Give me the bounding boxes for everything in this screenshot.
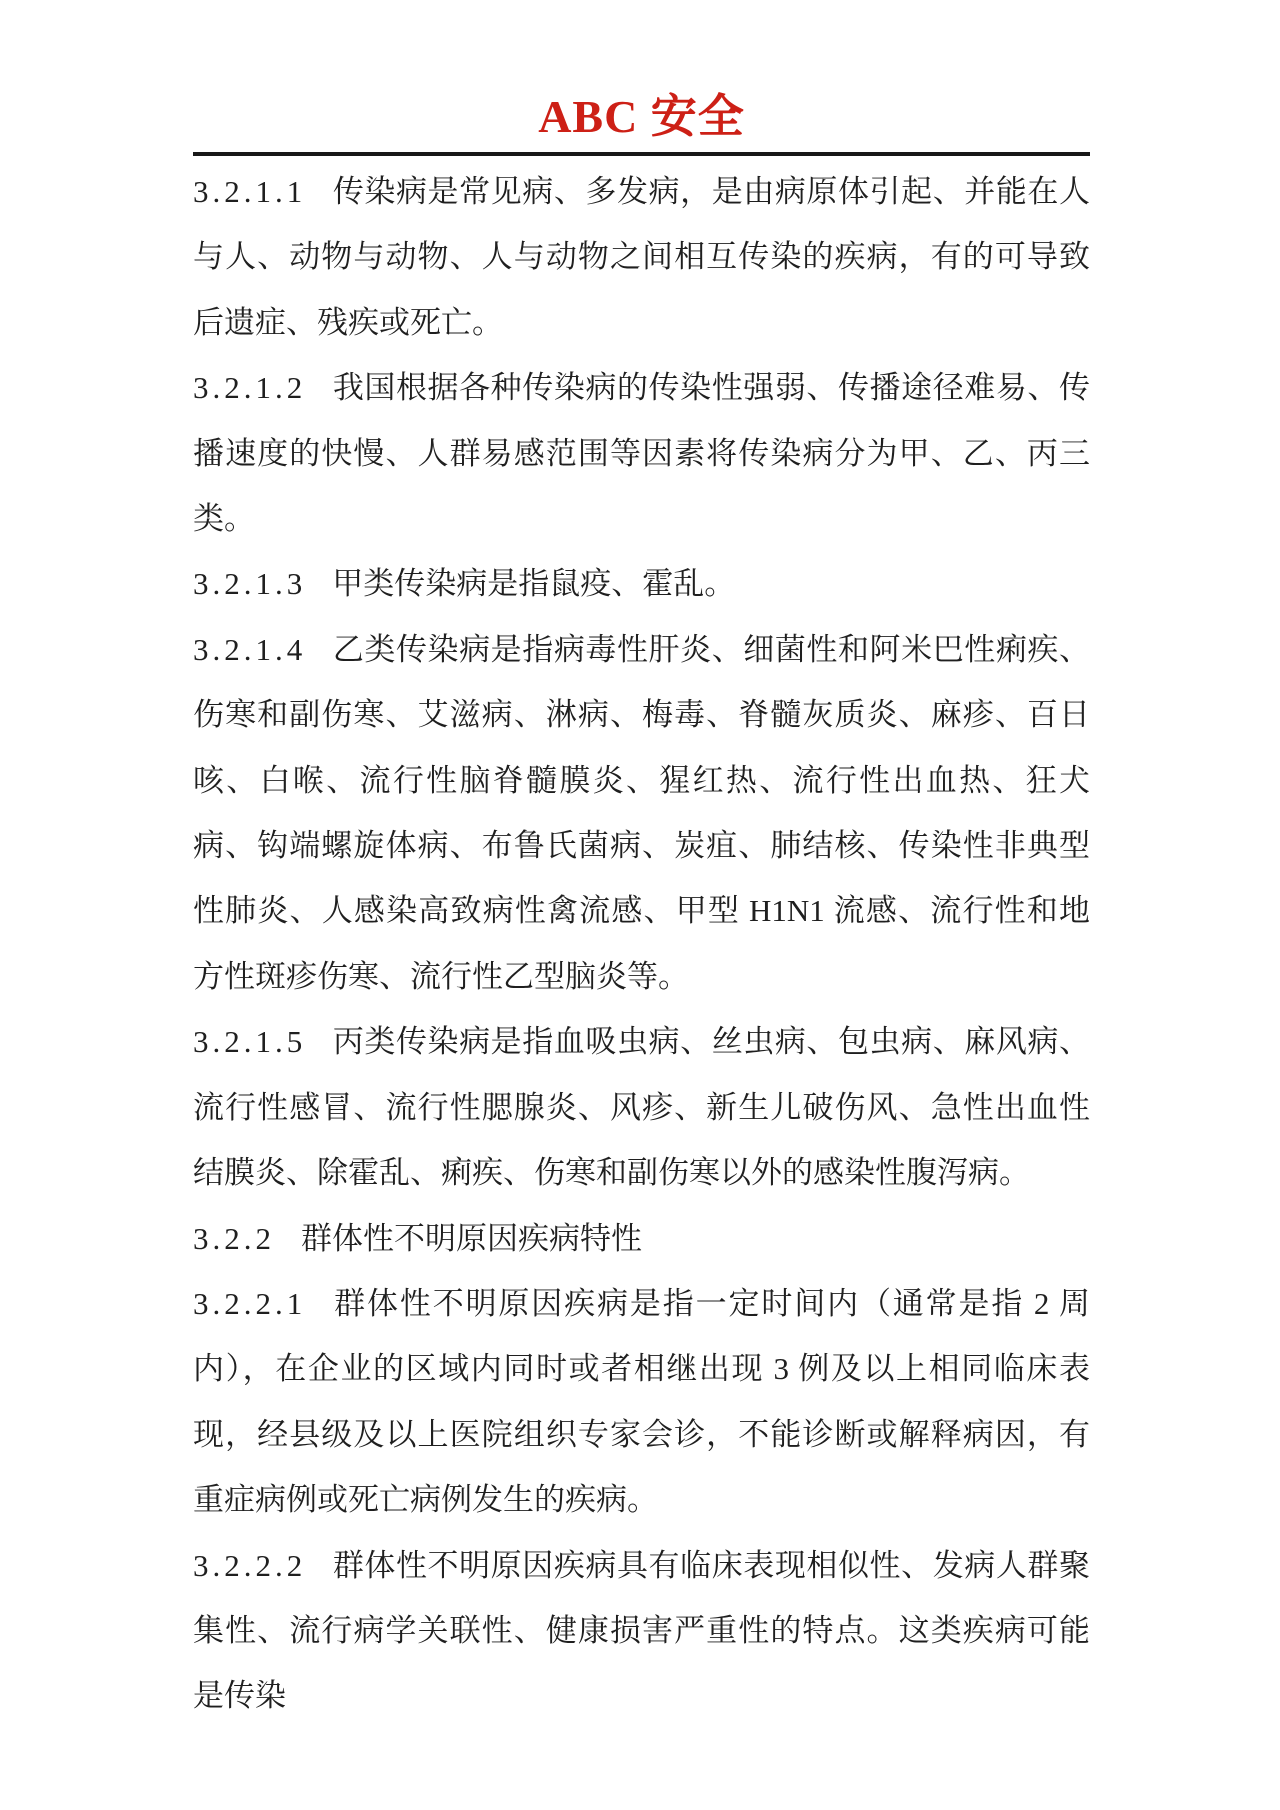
paragraph-3-2-2: 3.2.2群体性不明原因疾病特性 (193, 1206, 1090, 1271)
clause-text: 甲类传染病是指鼠疫、霍乱。 (332, 566, 735, 601)
clause-text: 丙类传染病是指血吸虫病、丝虫病、包虫病、麻风病、流行性感冒、流行性腮腺炎、风疹、… (193, 1024, 1090, 1190)
clause-number: 3.2.1.3 (193, 566, 306, 601)
document-page: ABC 安全 3.2.1.1传染病是常见病、多发病，是由病原体引起、并能在人与人… (0, 0, 1280, 1810)
clause-text: 传染病是常见病、多发病，是由病原体引起、并能在人与人、动物与动物、人与动物之间相… (193, 174, 1090, 340)
clause-text: 群体性不明原因疾病是指一定时间内（通常是指 2 周内），在企业的区域内同时或者相… (193, 1286, 1090, 1517)
document-body: 3.2.1.1传染病是常见病、多发病，是由病原体引起、并能在人与人、动物与动物、… (193, 159, 1090, 1729)
clause-number: 3.2.1.4 (193, 632, 306, 667)
clause-number: 3.2.2.1 (193, 1286, 306, 1321)
clause-text: 群体性不明原因疾病具有临床表现相似性、发病人群聚集性、流行病学关联性、健康损害严… (193, 1548, 1090, 1714)
clause-number: 3.2.1.5 (193, 1024, 306, 1059)
clause-number: 3.2.2.2 (193, 1548, 306, 1583)
clause-text: 群体性不明原因疾病特性 (301, 1221, 642, 1256)
paragraph-3-2-1-3: 3.2.1.3甲类传染病是指鼠疫、霍乱。 (193, 551, 1090, 616)
header-divider (193, 152, 1090, 156)
clause-number: 3.2.1.1 (193, 174, 306, 209)
clause-text: 我国根据各种传染病的传染性强弱、传播途径难易、传播速度的快慢、人群易感范围等因素… (193, 370, 1090, 536)
paragraph-3-2-2-2: 3.2.2.2群体性不明原因疾病具有临床表现相似性、发病人群聚集性、流行病学关联… (193, 1533, 1090, 1729)
paragraph-3-2-1-1: 3.2.1.1传染病是常见病、多发病，是由病原体引起、并能在人与人、动物与动物、… (193, 159, 1090, 355)
page-title: ABC 安全 (193, 92, 1090, 142)
clause-number: 3.2.1.2 (193, 370, 306, 405)
paragraph-3-2-1-4: 3.2.1.4乙类传染病是指病毒性肝炎、细菌性和阿米巴性痢疾、伤寒和副伤寒、艾滋… (193, 617, 1090, 1009)
paragraph-3-2-2-1: 3.2.2.1群体性不明原因疾病是指一定时间内（通常是指 2 周内），在企业的区… (193, 1271, 1090, 1533)
clause-number: 3.2.2 (193, 1221, 275, 1256)
paragraph-3-2-1-5: 3.2.1.5丙类传染病是指血吸虫病、丝虫病、包虫病、麻风病、流行性感冒、流行性… (193, 1009, 1090, 1205)
paragraph-3-2-1-2: 3.2.1.2我国根据各种传染病的传染性强弱、传播途径难易、传播速度的快慢、人群… (193, 355, 1090, 551)
clause-text: 乙类传染病是指病毒性肝炎、细菌性和阿米巴性痢疾、伤寒和副伤寒、艾滋病、淋病、梅毒… (193, 632, 1090, 994)
